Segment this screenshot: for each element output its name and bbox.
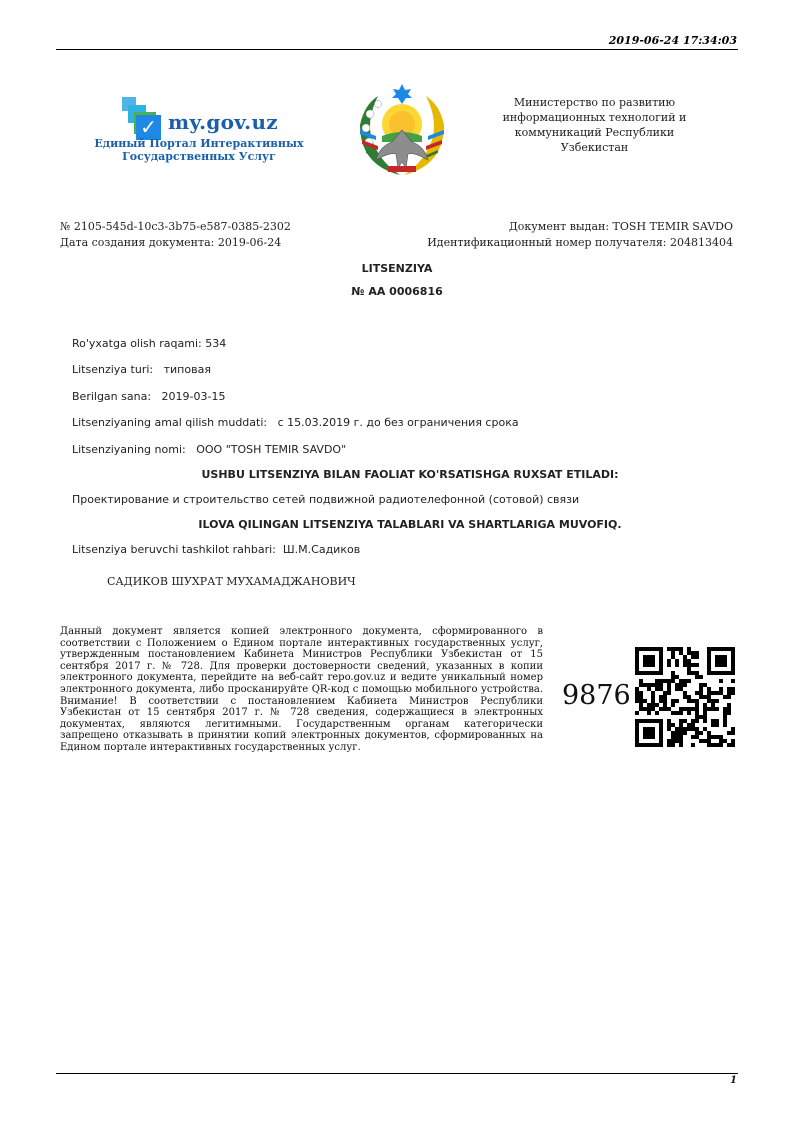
recipient-id: Идентификационный номер получателя: 2048… <box>427 235 733 251</box>
field-issue-date: Berilgan sana: 2019-03-15 <box>72 390 225 403</box>
mygov-logo: ✓ my.gov.uz Единый Портал Интерактивных … <box>94 97 304 167</box>
print-timestamp: 2019-06-24 17:34:03 <box>609 34 737 47</box>
document-meta-right: Документ выдан: TOSH TEMIR SAVDO Идентиф… <box>427 219 733 251</box>
logo-subtitle-line: Единый Портал Интерактивных <box>94 137 304 150</box>
field-issuing-head: Litsenziya beruvchi tashkilot rahbari: Ш… <box>72 543 360 556</box>
field-value: типовая <box>164 363 211 376</box>
ministry-line: информационных технологий и <box>497 110 692 125</box>
field-label: Berilgan sana: <box>72 390 151 403</box>
logo-brand: my.gov.uz <box>168 110 278 134</box>
license-title: LITSENZIYA <box>0 262 794 275</box>
logo-subtitle: Единый Портал Интерактивных Государствен… <box>94 137 304 163</box>
license-number: № AA 0006816 <box>0 285 794 298</box>
ministry-line: коммуникаций Республики <box>497 125 692 140</box>
field-value: ООО "TOSH TEMIR SAVDO" <box>196 443 346 456</box>
ministry-name: Министерство по развитию информационных … <box>497 95 692 155</box>
verification-code: 9876 <box>562 680 631 711</box>
signer-full-name: САДИКОВ ШУХРАТ МУХАМАДЖАНОВИЧ <box>107 575 356 588</box>
field-validity-period: Litsenziyaning amal qilish muddati: с 15… <box>72 416 519 429</box>
field-label: Ro'yxatga olish raqami: <box>72 337 202 350</box>
conditions-heading: ILOVA QILINGAN LITSENZIYA TALABLARI VA S… <box>130 518 690 531</box>
field-license-type: Litsenziya turi: типовая <box>72 363 211 376</box>
field-label: Litsenziyaning nomi: <box>72 443 186 456</box>
field-value: 534 <box>205 337 226 350</box>
page-number: 1 <box>730 1075 737 1086</box>
field-licensee-name: Litsenziyaning nomi: ООО "TOSH TEMIR SAV… <box>72 443 346 456</box>
document-meta-left: № 2105-545d-10c3-3b75-e587-0385-2302 Дат… <box>60 219 291 251</box>
header-divider <box>56 49 738 50</box>
field-registration-number: Ro'yxatga olish raqami: 534 <box>72 337 226 350</box>
field-value: с 15.03.2019 г. до без ограничения срока <box>278 416 519 429</box>
logo-subtitle-line: Государственных Услуг <box>94 150 304 163</box>
coat-of-arms-icon <box>352 80 452 180</box>
document-issued-to: Документ выдан: TOSH TEMIR SAVDO <box>427 219 733 235</box>
document-created-date: Дата создания документа: 2019-06-24 <box>60 235 291 251</box>
field-value: 2019-03-15 <box>162 390 226 403</box>
field-label: Litsenziya turi: <box>72 363 153 376</box>
ministry-line: Министерство по развитию <box>497 95 692 110</box>
document-number: № 2105-545d-10c3-3b75-e587-0385-2302 <box>60 219 291 235</box>
field-label: Litsenziyaning amal qilish muddati: <box>72 416 267 429</box>
licensed-activity: Проектирование и строительство сетей под… <box>72 493 579 506</box>
permission-heading: USHBU LITSENZIYA BILAN FAOLIAT KO'RSATIS… <box>130 468 690 481</box>
qr-code-icon <box>635 647 735 747</box>
field-label: Litsenziya beruvchi tashkilot rahbari: <box>72 543 276 556</box>
legal-disclaimer: Данный документ является копией электрон… <box>60 626 543 754</box>
footer-divider <box>56 1073 738 1074</box>
ministry-line: Узбекистан <box>497 140 692 155</box>
field-value: Ш.М.Садиков <box>283 543 360 556</box>
